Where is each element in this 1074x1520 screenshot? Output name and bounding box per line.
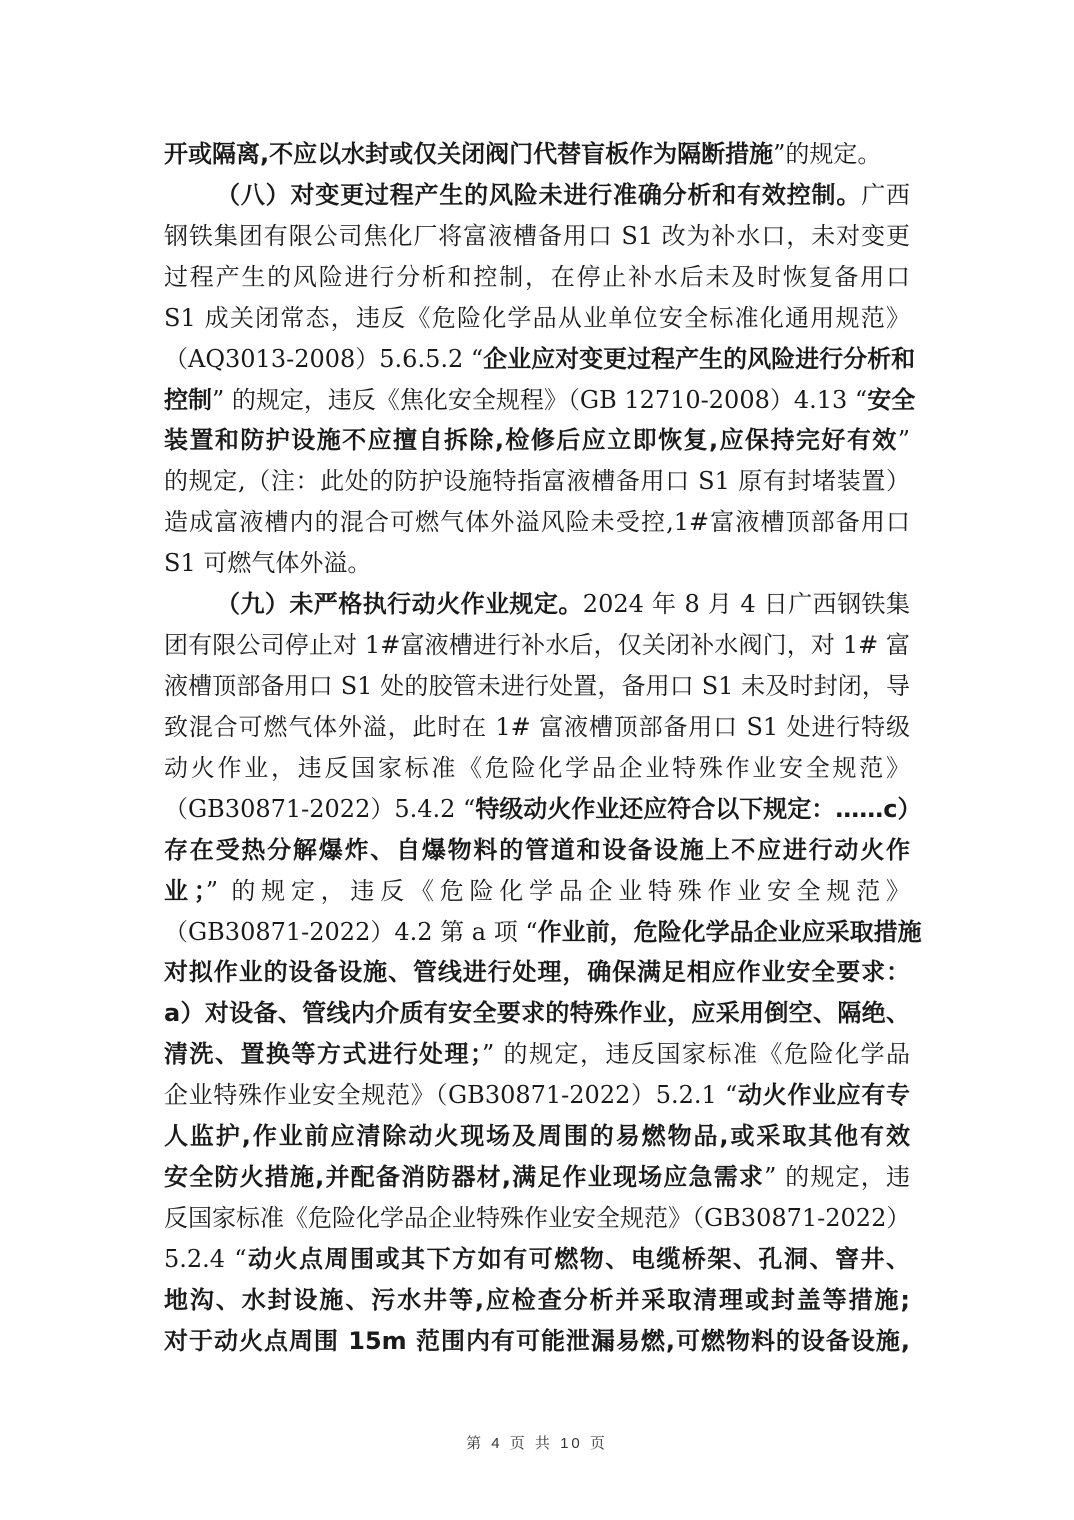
bold-text-segment: 地沟、水封设施、污水井等,应检查分析并采取清理或封盖等措施; [164,1286,910,1314]
text-line: （八）对变更过程产生的风险未进行准确分析和有效控制。广西 [164,175,910,216]
text-line: （GB30871-2022）5.4.2 “特级动火作业还应符合以下规定：……c） [164,789,910,830]
text-segment: 反国家标准《危险化学品企业特殊作业安全规范》（GB30871-2022） [164,1204,910,1232]
text-segment: ”的规定。 [773,140,881,168]
bold-text-segment: 动火作业应有专 [737,1081,910,1109]
text-line: a）对设备、管线内介质有安全要求的特殊作业，应采用倒空、隔绝、 [164,993,910,1034]
bold-text-segment: 清洗、置换等方式进行处理； [164,1040,482,1068]
text-line: 地沟、水封设施、污水井等,应检查分析并采取清理或封盖等措施; [164,1280,910,1321]
text-line: 装置和防护设施不应擅自拆除,检修后应立即恢复,应保持完好有效” [164,420,910,461]
text-line: 开或隔离,不应以水封或仅关闭阀门代替盲板作为隔断措施”的规定。 [164,134,910,175]
page-footer: 第 4 页 共 10 页 [0,1432,1074,1453]
text-segment: （GB30871-2022）4.2 第 a 项 “ [164,918,538,946]
bold-text-segment: 安全防火措施,并配备消防器材,满足作业现场应急需求 [164,1163,764,1191]
bold-text-segment: 业； [164,877,206,905]
text-segment: ” 的规定，违反《焦化安全规程》（GB 12710-2008）4.13 “ [212,386,867,414]
text-segment: 液槽顶部备用口 S1 处的胶管未进行处置，备用口 S1 未及时封闭，导 [164,672,910,700]
text-segment: 动火作业，违反国家标准《危险化学品企业特殊作业安全规范》 [164,754,910,782]
bold-text-segment: 安全 [867,386,915,414]
text-segment: 过程产生的风险进行分析和控制，在停止补水后未及时恢复备用口 [164,263,910,291]
text-line: 存在受热分解爆炸、自爆物料的管道和设备设施上不应进行动火作 [164,830,910,871]
text-line: 动火作业，违反国家标准《危险化学品企业特殊作业安全规范》 [164,748,910,789]
text-segment: ” 的规定，违反国家标准《危险化学品 [482,1040,910,1068]
text-line: 5.2.4 “动火点周围或其下方如有可燃物、电缆桥架、孔洞、窨井、 [164,1239,910,1280]
bold-text-segment: 装置和防护设施不应擅自拆除,检修后应立即恢复,应保持完好有效 [164,426,898,454]
text-line: （九）未严格执行动火作业规定。2024 年 8 月 4 日广西钢铁集 [164,584,910,625]
text-line: 安全防火措施,并配备消防器材,满足作业现场应急需求” 的规定，违 [164,1157,910,1198]
text-line: 控制” 的规定，违反《焦化安全规程》（GB 12710-2008）4.13 “安… [164,380,910,421]
text-segment: S1 成关闭常态，违反《危险化学品从业单位安全标准化通用规范》 [164,304,910,332]
bold-text-segment: 对于动火点周围 15m 范围内有可能泄漏易燃,可燃物料的设备设施, [164,1327,910,1355]
bold-text-segment: 存在受热分解爆炸、自爆物料的管道和设备设施上不应进行动火作 [164,836,910,864]
text-line: 液槽顶部备用口 S1 处的胶管未进行处置，备用口 S1 未及时封闭，导 [164,666,910,707]
text-line: 人监护,作业前应清除动火现场及周围的易燃物品,或采取其他有效 [164,1116,910,1157]
bold-text-segment: 开或隔离,不应以水封或仅关闭阀门代替盲板作为隔断措施 [164,140,773,168]
text-segment: 的规定,（注：此处的防护设施特指富液槽备用口 S1 原有封堵装置） [164,467,910,495]
text-line: 对于动火点周围 15m 范围内有可能泄漏易燃,可燃物料的设备设施, [164,1321,910,1362]
text-line: （AQ3013-2008）5.6.5.2 “企业应对变更过程产生的风险进行分析和 [164,339,910,380]
text-line: 的规定,（注：此处的防护设施特指富液槽备用口 S1 原有封堵装置） [164,461,910,502]
bold-text-segment: 企业应对变更过程产生的风险进行分析和 [483,345,915,373]
text-line: 钢铁集团有限公司焦化厂将富液槽备用口 S1 改为补水口，未对变更 [164,216,910,257]
text-segment: 企业特殊作业安全规范》（GB30871-2022）5.2.1 “ [164,1081,737,1109]
text-line: 反国家标准《危险化学品企业特殊作业安全规范》（GB30871-2022） [164,1198,910,1239]
text-segment: 造成富液槽内的混合可燃气体外溢风险未受控,1#富液槽顶部备用口 [164,508,910,536]
bold-text-segment: （九）未严格执行动火作业规定。 [216,590,583,618]
text-segment: （AQ3013-2008）5.6.5.2 “ [164,345,483,373]
text-segment: （GB30871-2022）5.4.2 “ [164,795,475,823]
bold-text-segment: 作业前，危险化学品企业应采取措施 [538,918,922,946]
text-line: 企业特殊作业安全规范》（GB30871-2022）5.2.1 “动火作业应有专 [164,1075,910,1116]
text-segment: 钢铁集团有限公司焦化厂将富液槽备用口 S1 改为补水口，未对变更 [164,222,910,250]
text-segment: 5.2.4 “ [164,1245,247,1273]
bold-text-segment: 控制 [164,386,212,414]
bold-text-segment: a）对设备、管线内介质有安全要求的特殊作业，应采用倒空、隔绝、 [164,999,910,1027]
text-segment: S1 可燃气体外溢。 [164,549,371,577]
text-line: 致混合可燃气体外溢，此时在 1# 富液槽顶部备用口 S1 处进行特级 [164,707,910,748]
bold-text-segment: 动火点周围或其下方如有可燃物、电缆桥架、孔洞、窨井、 [247,1245,911,1273]
document-body: 开或隔离,不应以水封或仅关闭阀门代替盲板作为隔断措施”的规定。（八）对变更过程产… [164,134,910,1362]
text-segment: 广西 [861,181,910,209]
text-segment: ” 的规定，违 [764,1163,910,1191]
text-segment: ” [898,426,910,454]
bold-text-segment: 人监护,作业前应清除动火现场及周围的易燃物品,或采取其他有效 [164,1122,910,1150]
document-page: 开或隔离,不应以水封或仅关闭阀门代替盲板作为隔断措施”的规定。（八）对变更过程产… [0,0,1074,1520]
bold-text-segment: 特级动火作业还应符合以下规定：……c） [475,795,921,823]
text-segment: 致混合可燃气体外溢，此时在 1# 富液槽顶部备用口 S1 处进行特级 [164,713,910,741]
text-segment: ” 的规定，违反《危险化学品企业特殊作业安全规范》 [206,877,910,905]
text-line: （GB30871-2022）4.2 第 a 项 “作业前，危险化学品企业应采取措… [164,912,910,953]
text-segment: 团有限公司停止对 1#富液槽进行补水后，仅关闭补水阀门，对 1# 富 [164,631,910,659]
text-segment: 2024 年 8 月 4 日广西钢铁集 [583,590,910,618]
text-line: 造成富液槽内的混合可燃气体外溢风险未受控,1#富液槽顶部备用口 [164,502,910,543]
text-line: S1 成关闭常态，违反《危险化学品从业单位安全标准化通用规范》 [164,298,910,339]
text-line: 对拟作业的设备设施、管线进行处理，确保满足相应作业安全要求： [164,952,910,993]
text-line: S1 可燃气体外溢。 [164,543,910,584]
text-line: 清洗、置换等方式进行处理；” 的规定，违反国家标准《危险化学品 [164,1034,910,1075]
bold-text-segment: 对拟作业的设备设施、管线进行处理，确保满足相应作业安全要求： [164,958,910,986]
text-line: 过程产生的风险进行分析和控制，在停止补水后未及时恢复备用口 [164,257,910,298]
text-line: 业；” 的规定，违反《危险化学品企业特殊作业安全规范》 [164,871,910,912]
bold-text-segment: （八）对变更过程产生的风险未进行准确分析和有效控制。 [216,181,861,209]
text-line: 团有限公司停止对 1#富液槽进行补水后，仅关闭补水阀门，对 1# 富 [164,625,910,666]
